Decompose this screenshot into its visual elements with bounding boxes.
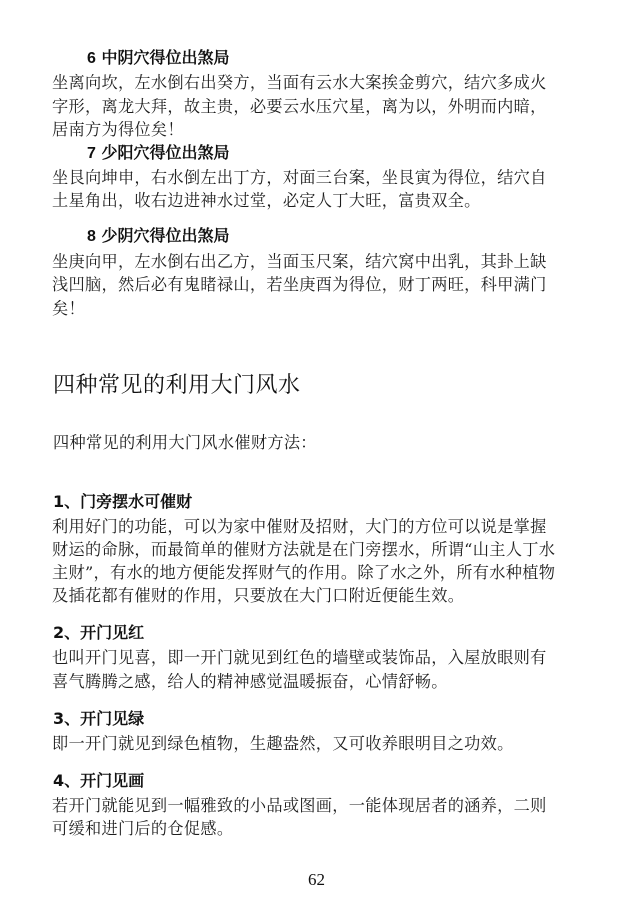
paragraph-line: 浅凹脑，然后必有鬼睹禄山，若坐庚酉为得位，财丁两旺，科甲满门 [52, 273, 547, 297]
item-heading-1: 1、门旁摆水可催财 [53, 491, 192, 513]
item-heading-2: 2、开门见红 [53, 622, 144, 644]
paragraph-line: 字形，离龙大拜，故主贵，必要云水压穴星，离为以，外明而内暗， [52, 95, 547, 119]
paragraph-line: 坐离向坎，左水倒右出癸方，当面有云水大案挨金剪穴，结穴多成火 [52, 71, 547, 95]
subsection-number: 7 [87, 145, 96, 162]
item-title: 、开门见红 [64, 623, 144, 642]
item-number: 4 [53, 771, 64, 790]
subsection-number: 6 [87, 50, 96, 67]
paragraph-line: 坐庚向甲，左水倒右出乙方，当面玉尺案，结穴窝中出乳，其卦上缺 [52, 250, 547, 274]
subsection-title: 少阴穴得位出煞局 [101, 226, 229, 245]
subsection-number: 8 [87, 228, 96, 245]
item-heading-4: 4、开门见画 [53, 770, 144, 792]
paragraph-line: 居南方为得位矣！ [52, 118, 184, 142]
subsection-title: 少阳穴得位出煞局 [101, 143, 229, 162]
subsection-title: 中阴穴得位出煞局 [101, 48, 229, 67]
subsection-heading-7: 7 少阳穴得位出煞局 [87, 142, 230, 165]
paragraph-line: 利用好门的功能，可以为家中催财及招财，大门的方位可以说是掌握 [52, 515, 547, 539]
paragraph-line: 及插花都有催财的作用，只要放在大门口附近便能生效。 [52, 584, 464, 608]
subsection-heading-6: 6 中阴穴得位出煞局 [87, 47, 230, 70]
paragraph-line: 坐艮向坤申，右水倒左出丁方，对面三台案，坐艮寅为得位，结穴自 [52, 166, 547, 190]
subsection-heading-8: 8 少阴穴得位出煞局 [87, 225, 230, 248]
item-title: 、开门见绿 [64, 709, 144, 728]
paragraph-line: 土星角出，收右边进神水过堂，必定人丁大旺，富贵双全。 [52, 189, 481, 213]
paragraph-line: 即一开门就见到绿色植物，生趣盎然，又可收养眼明目之功效。 [52, 732, 514, 756]
paragraph-line: 可缓和进门后的仓促感。 [52, 817, 233, 841]
paragraph-line: 主财”，有水的地方便能发挥财气的作用。除了水之外，所有水种植物 [52, 561, 555, 585]
item-number: 3 [53, 709, 64, 728]
paragraph-line: 也叫开门见喜，即一开门就见到红色的墙壁或装饰品，入屋放眼则有 [52, 646, 547, 670]
paragraph-line: 财运的命脉，而最简单的催财方法就是在门旁摆水，所谓“山主人丁水 [52, 538, 555, 562]
paragraph-line: 若开门就能见到一幅雅致的小品或图画，一能体现居者的涵养，二则 [52, 794, 547, 818]
item-number: 1 [53, 492, 64, 511]
item-title: 、门旁摆水可催财 [64, 492, 192, 511]
section-title: 四种常见的利用大门风水 [53, 371, 301, 401]
intro-text: 四种常见的利用大门风水催财方法： [53, 431, 317, 455]
document-page: 6 中阴穴得位出煞局 坐离向坎，左水倒右出癸方，当面有云水大案挨金剪穴，结穴多成… [0, 0, 633, 906]
paragraph-line: 喜气腾腾之感，给人的精神感觉温暖振奋，心情舒畅。 [52, 670, 448, 694]
item-title: 、开门见画 [64, 771, 144, 790]
item-number: 2 [53, 623, 64, 642]
paragraph-line: 矣！ [52, 297, 85, 321]
page-number: 62 [308, 870, 325, 890]
item-heading-3: 3、开门见绿 [53, 708, 144, 730]
